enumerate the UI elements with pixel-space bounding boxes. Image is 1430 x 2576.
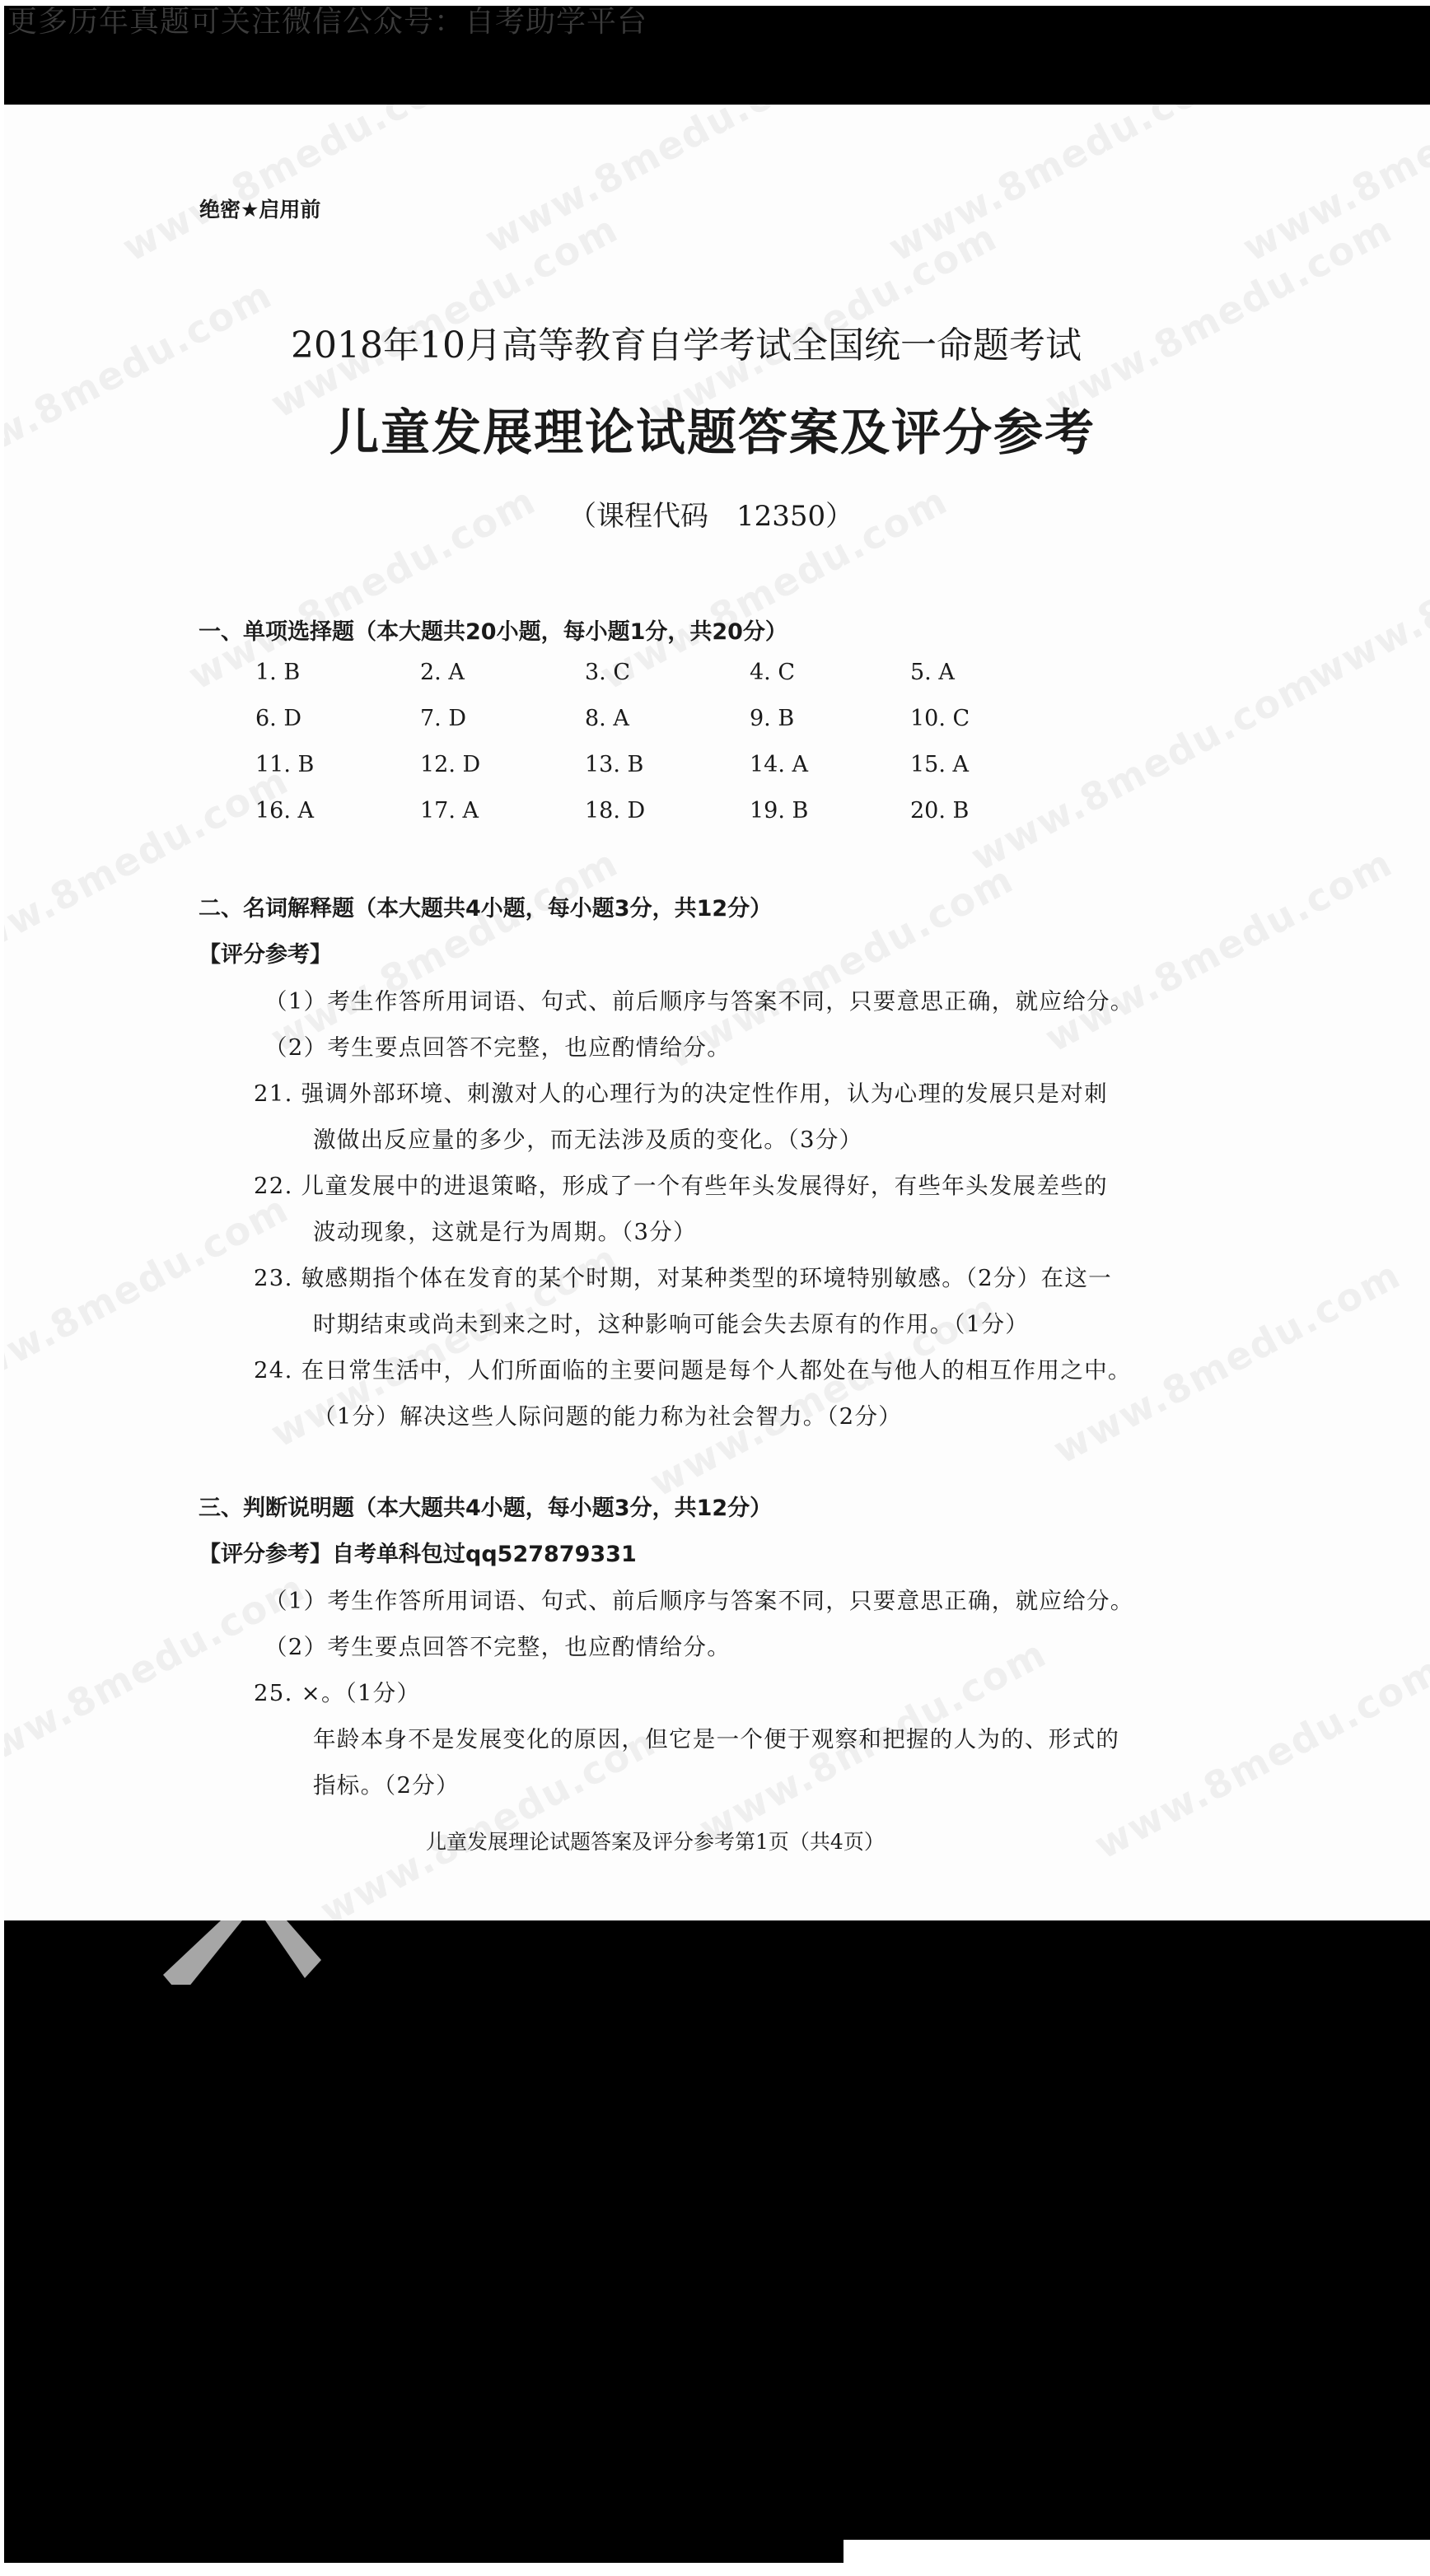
exam-title: 2018年10月高等教育自学考试全国统一命题考试 [291,315,1082,368]
answer-item-23-cont: 时期结束或尚未到来之时，这种影响可能会失去原有的作用。（1分） [313,1305,1029,1338]
answer: 8. A [585,706,629,731]
answer: 15. A [910,752,969,777]
banner-text: 更多历年真题可关注微信公众号：自考助学平台 [7,6,647,39]
section-1-heading: 一、单项选择题（本大题共20小题，每小题1分，共20分） [199,614,787,646]
answer: 10. C [910,706,970,731]
answer: 16. A [255,798,314,824]
answer-item-25: 25. ×。（1分） [254,1674,420,1707]
scoring-reference-label: 【评分参考】 [199,936,332,968]
watermark: www.8medu.com [1301,478,1430,698]
answer: 5. A [910,660,955,685]
course-code: （课程代码 12350） [568,493,853,534]
chevron-up-icon [157,1894,329,1985]
watermark: www.8medu.com [964,659,1326,880]
answer: 2. A [420,660,465,685]
scoring-reference-label: 【评分参考】自考单科包过qq527879331 [199,1536,637,1568]
watermark: www.8medu.com [1038,840,1400,1061]
watermark: www.8medu.com [881,105,1244,270]
answer: 17. A [420,798,479,824]
answer-item-24-cont: （1分）解决这些人际问题的能力称为社会智力。（2分） [313,1398,902,1430]
answer: 7. D [420,706,466,731]
answer-item-25-explanation-cont: 指标。（2分） [313,1766,460,1799]
watermark: www.8medu.com [4,1186,296,1407]
answer: 6. D [255,706,301,731]
watermark: www.8medu.com [181,478,544,698]
answer-item-21: 21. 强调外部环境、刺激对人的心理行为的决定性作用，认为心理的发展只是对刺 [254,1075,1108,1108]
bottom-dark-area-tail [4,2540,844,2563]
document-page: www.8medu.com www.8medu.com www.8medu.co… [4,105,1430,1920]
answer: 9. B [750,706,794,731]
answer: 4. C [750,660,795,685]
answer-item-23: 23. 敏感期指个体在发育的某个时期，对某种类型的环境特别敏感。（2分）在这一 [254,1259,1112,1292]
bottom-dark-area [4,1920,1430,2540]
answer-item-25-explanation: 年龄本身不是发展变化的原因，但它是一个便于观察和把握的人为的、形式的 [313,1720,1119,1753]
watermark: www.8medu.com [115,105,478,270]
section-3-heading: 三、判断说明题（本大题共4小题，每小题3分，共12分） [199,1490,772,1522]
document-title: 儿童发展理论试题答案及评分参考 [329,394,1096,464]
answer: 13. B [585,752,643,777]
answer-item-24: 24. 在日常生活中，人们所面临的主要问题是每个人都处在与他人的相互作用之中。 [254,1351,1132,1384]
watermark: www.8medu.com [1087,1647,1430,1868]
answer: 1. B [255,660,300,685]
scoring-rule: （2）考生要点回答不完整，也应酌情给分。 [264,1029,731,1062]
answer-item-21-cont: 激做出反应量的多少，而无法涉及质的变化。（3分） [313,1121,862,1154]
scoring-rule: （1）考生作答所用词语、句式、前后顺序与答案不同，只要意思正确，就应给分。 [264,1582,1134,1615]
answer: 20. B [910,798,969,824]
answer: 3. C [585,660,630,685]
page-footer: 儿童发展理论试题答案及评分参考第1页（共4页） [426,1826,885,1855]
scoring-rule: （1）考生作答所用词语、句式、前后顺序与答案不同，只要意思正确，就应给分。 [264,982,1134,1015]
confidential-mark: 绝密★启用前 [199,194,320,223]
watermark: www.8medu.com [1236,105,1430,270]
top-banner: 更多历年真题可关注微信公众号：自考助学平台 [4,6,1430,105]
scoring-rule: （2）考生要点回答不完整，也应酌情给分。 [264,1628,731,1661]
watermark: www.8medu.com [4,272,279,492]
answer-item-22: 22. 儿童发展中的进退策略，形成了一个有些年头发展得好，有些年头发展差些的 [254,1167,1108,1200]
answer: 18. D [585,798,645,824]
answer-item-22-cont: 波动现象，这就是行为周期。（3分） [313,1213,697,1246]
section-2-heading: 二、名词解释题（本大题共4小题，每小题3分，共12分） [199,890,772,922]
answer: 19. B [750,798,808,824]
answer: 12. D [420,752,480,777]
answer: 14. A [750,752,808,777]
watermark: www.8medu.com [478,105,840,262]
answer: 11. B [255,752,314,777]
